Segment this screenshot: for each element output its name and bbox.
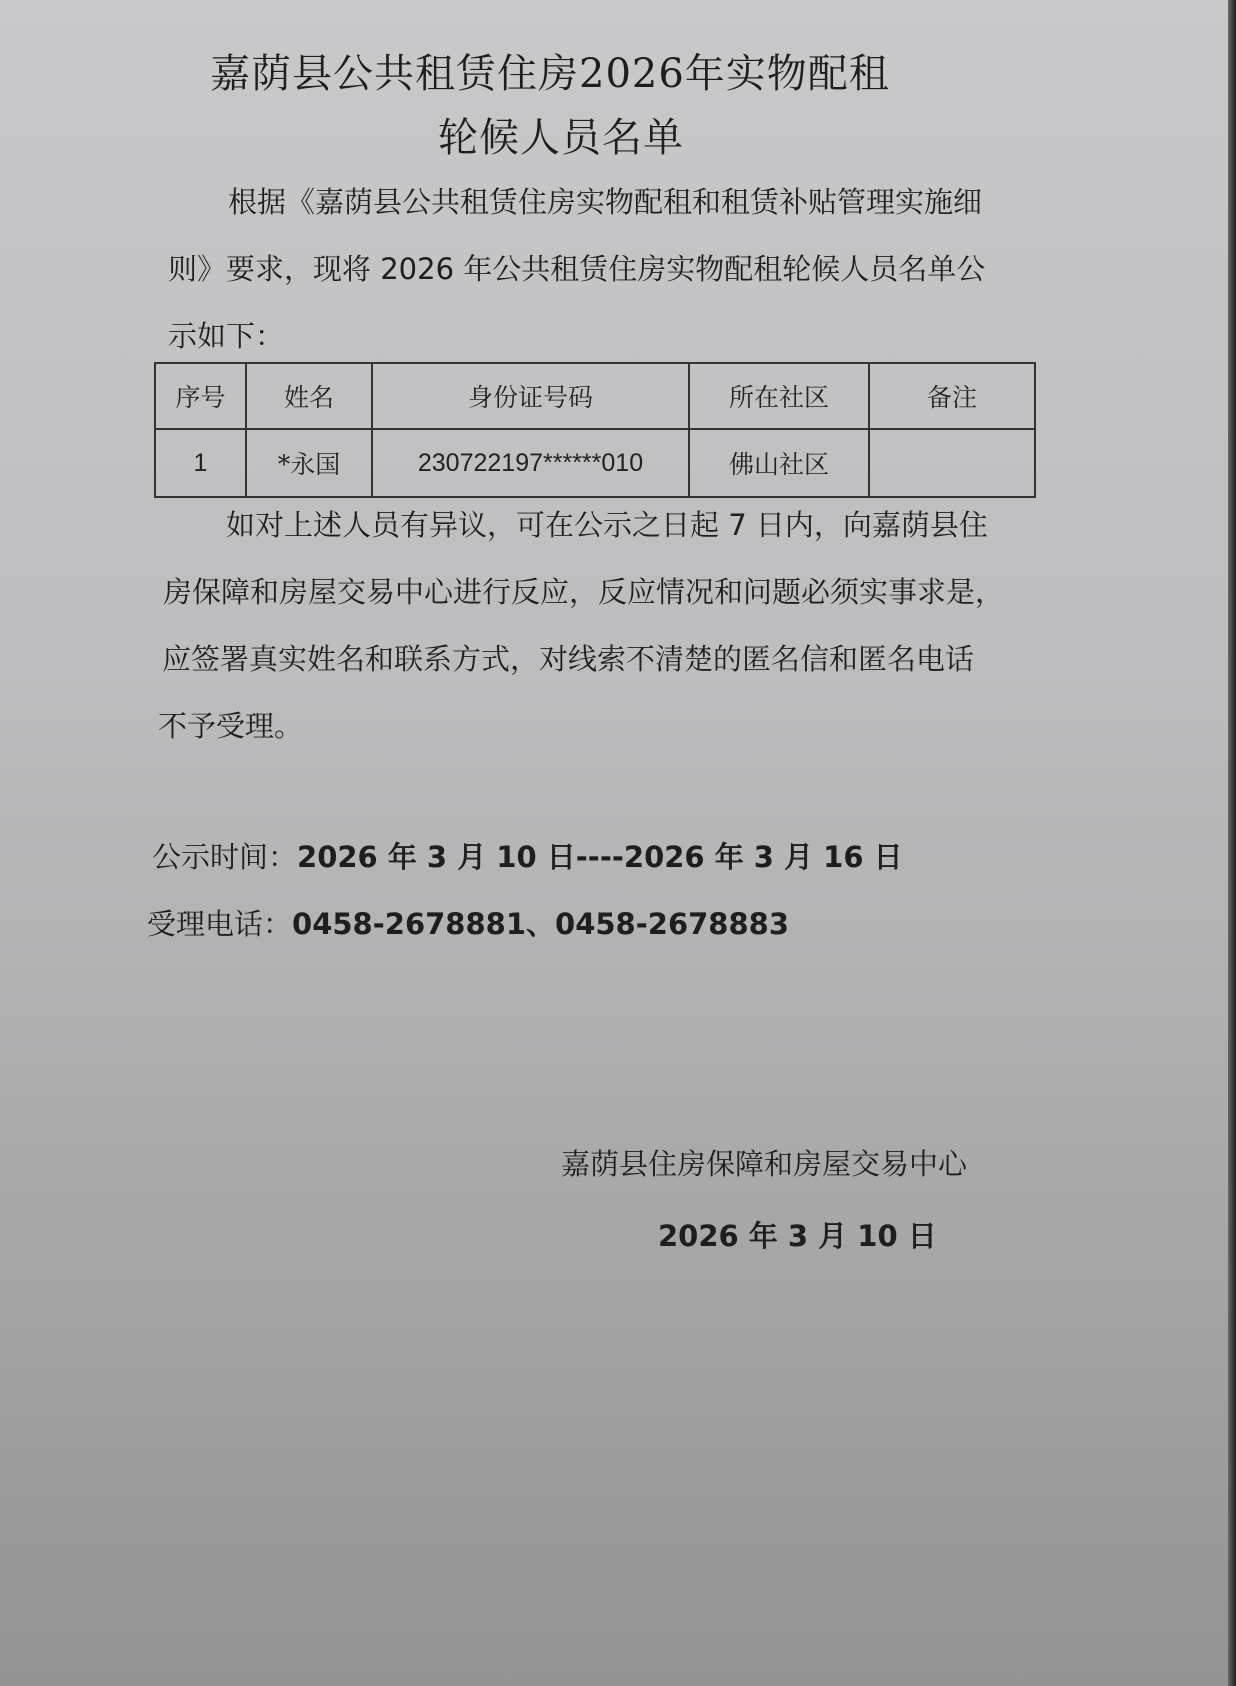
header-name: 姓名 (246, 363, 372, 429)
header-index: 序号 (155, 363, 246, 429)
contact-phone: 受理电话：0458-2678881、0458-2678883 (147, 902, 789, 943)
issuer-name: 嘉荫县住房保障和房屋交易中心 (561, 1142, 967, 1183)
title-line-2: 轮候人员名单 (438, 106, 684, 163)
phone-value: 0458-2678881、0458-2678883 (292, 907, 789, 941)
objection-line-1: 如对上述人员有异议，可在公示之日起 7 日内，向嘉荫县住 (226, 503, 988, 544)
header-remarks: 备注 (869, 363, 1035, 429)
cell-index: 1 (155, 429, 246, 497)
period-value: 2026 年 3 月 10 日----2026 年 3 月 16 日 (297, 840, 903, 874)
cell-name: *永国 (246, 429, 372, 497)
header-id-number: 身份证号码 (372, 363, 689, 429)
title-line-1: 嘉荫县公共租赁住房2026年实物配租 (210, 42, 890, 99)
cell-remarks (869, 429, 1035, 497)
intro-line-3: 示如下： (168, 314, 284, 355)
objection-line-2: 房保障和房屋交易中心进行反应，反应情况和问题必须实事求是， (163, 570, 1004, 611)
objection-line-3: 应签署真实姓名和联系方式，对线索不清楚的匿名信和匿名电话 (162, 637, 974, 678)
header-community: 所在社区 (689, 363, 869, 429)
intro-line-2: 则》要求，现将 2026 年公共租赁住房实物配租轮候人员名单公 (168, 247, 985, 288)
objection-line-4: 不予受理。 (158, 704, 303, 745)
table-row: 1 *永国 230722197******010 佛山社区 (155, 429, 1035, 497)
publicity-period: 公示时间：2026 年 3 月 10 日----2026 年 3 月 16 日 (152, 835, 903, 876)
table-header-row: 序号 姓名 身份证号码 所在社区 备注 (155, 363, 1035, 429)
phone-label: 受理电话： (147, 907, 292, 941)
cell-id-number: 230722197******010 (372, 429, 689, 497)
issue-date: 2026 年 3 月 10 日 (658, 1214, 937, 1255)
candidate-table: 序号 姓名 身份证号码 所在社区 备注 1 *永国 230722197*****… (154, 362, 1036, 498)
cell-community: 佛山社区 (689, 429, 869, 497)
paper-edge-shadow (1228, 0, 1236, 1686)
intro-line-1: 根据《嘉荫县公共租赁住房实物配租和租赁补贴管理实施细 (228, 180, 982, 221)
period-label: 公示时间： (152, 840, 297, 874)
